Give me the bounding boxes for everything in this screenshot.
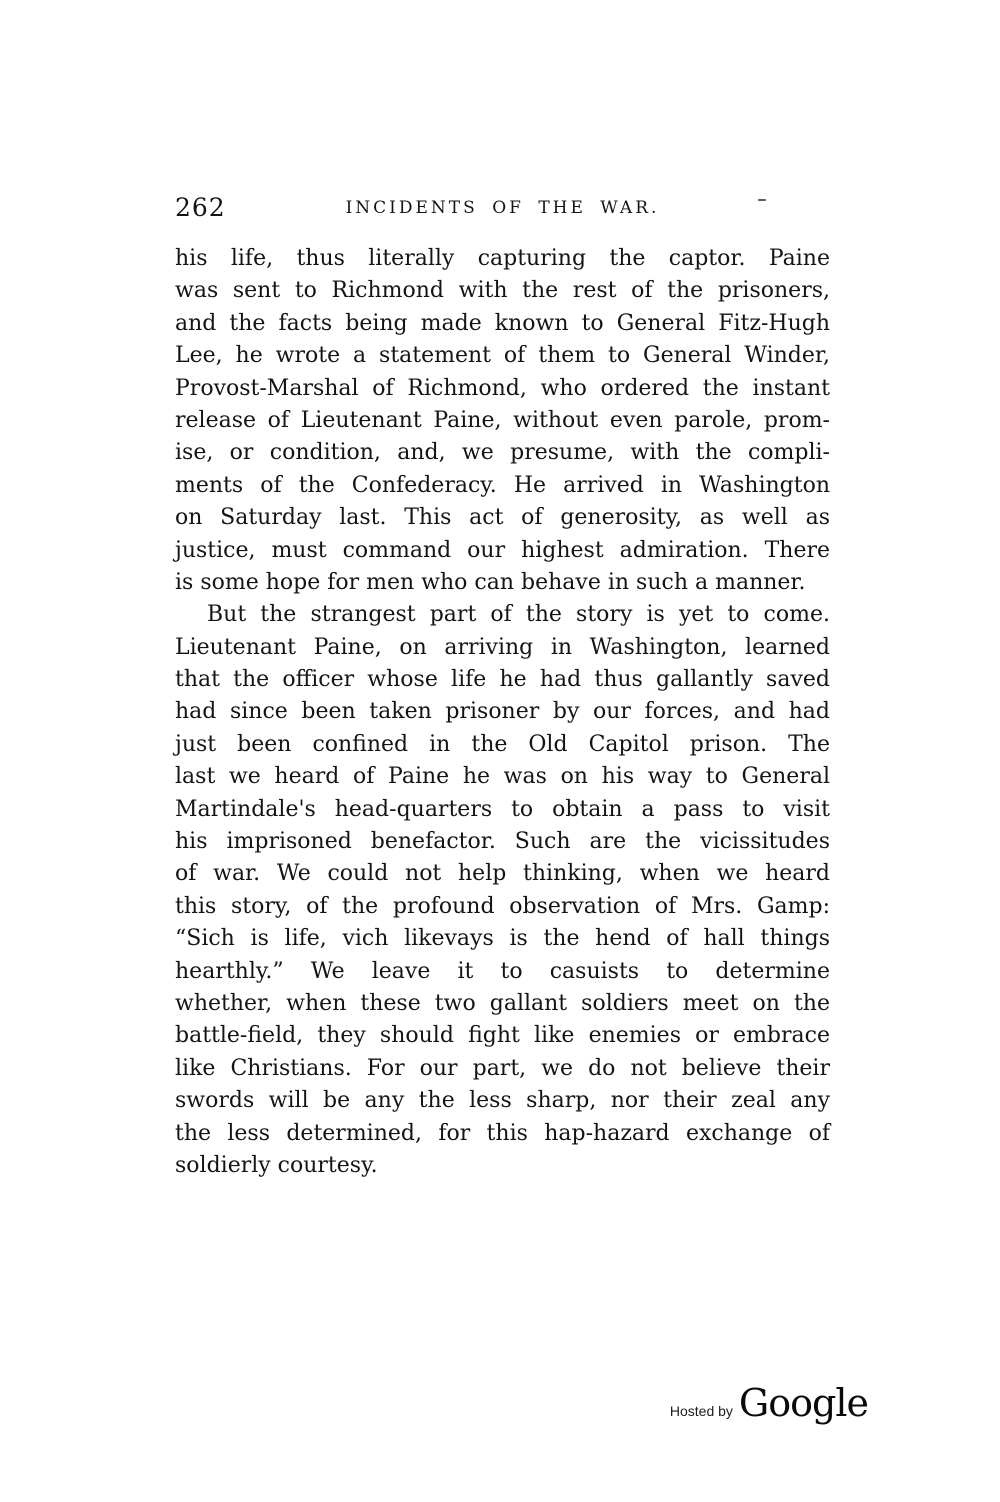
page-body: his life, thus literally capturing the c… [175, 243, 830, 1182]
text-line: Lee, he wrote a statement of them to Gen… [175, 340, 830, 372]
text-line: soldierly courtesy. [175, 1150, 830, 1182]
text-line: just been confined in the Old Capitol pr… [175, 729, 830, 761]
text-line: his life, thus literally capturing the c… [175, 243, 830, 275]
text-line: release of Lieutenant Paine, without eve… [175, 405, 830, 437]
hosted-by-label: Hosted by [670, 1403, 733, 1419]
google-logo: Google [739, 1384, 868, 1422]
text-line: Lieutenant Paine, on arriving in Washing… [175, 632, 830, 664]
text-line: battle-field, they should fight like ene… [175, 1020, 830, 1052]
text-line: is some hope for men who can behave in s… [175, 567, 830, 599]
text-line: on Saturday last. This act of generosity… [175, 502, 830, 534]
text-line: But the strangest part of the story is y… [175, 599, 830, 631]
paragraph: his life, thus literally capturing the c… [175, 243, 830, 599]
hosted-by-google-watermark: Hosted by Google [670, 1384, 868, 1422]
text-line: justice, must command our highest admira… [175, 535, 830, 567]
text-line: his imprisoned benefactor. Such are the … [175, 826, 830, 858]
text-line: this story, of the profound observation … [175, 891, 830, 923]
text-line: of war. We could not help thinking, when… [175, 858, 830, 890]
text-line: was sent to Richmond with the rest of th… [175, 275, 830, 307]
text-line: and the facts being made known to Genera… [175, 308, 830, 340]
running-header-title: INCIDENTS OF THE WAR. [175, 198, 830, 218]
text-column: 262 INCIDENTS OF THE WAR. his life, thus… [175, 193, 830, 1182]
scanned-book-page: 262 INCIDENTS OF THE WAR. his life, thus… [0, 0, 1000, 1502]
running-head: 262 INCIDENTS OF THE WAR. [175, 193, 830, 223]
text-line: the less determined, for this hap-hazard… [175, 1118, 830, 1150]
text-line: ise, or condition, and, we presume, with… [175, 437, 830, 469]
text-line: whether, when these two gallant soldiers… [175, 988, 830, 1020]
text-line: hearthly.” We leave it to casuists to de… [175, 956, 830, 988]
text-line: like Christians. For our part, we do not… [175, 1053, 830, 1085]
text-line: last we heard of Paine he was on his way… [175, 761, 830, 793]
text-line: swords will be any the less sharp, nor t… [175, 1085, 830, 1117]
text-line: that the officer whose life he had thus … [175, 664, 830, 696]
text-line: Provost-Marshal of Richmond, who ordered… [175, 373, 830, 405]
text-line: Martindale's head-quarters to obtain a p… [175, 794, 830, 826]
text-line: ments of the Confederacy. He arrived in … [175, 470, 830, 502]
text-line: had since been taken prisoner by our for… [175, 696, 830, 728]
text-line: “Sich is life, vich likevays is the hend… [175, 923, 830, 955]
paragraph: But the strangest part of the story is y… [175, 599, 830, 1182]
